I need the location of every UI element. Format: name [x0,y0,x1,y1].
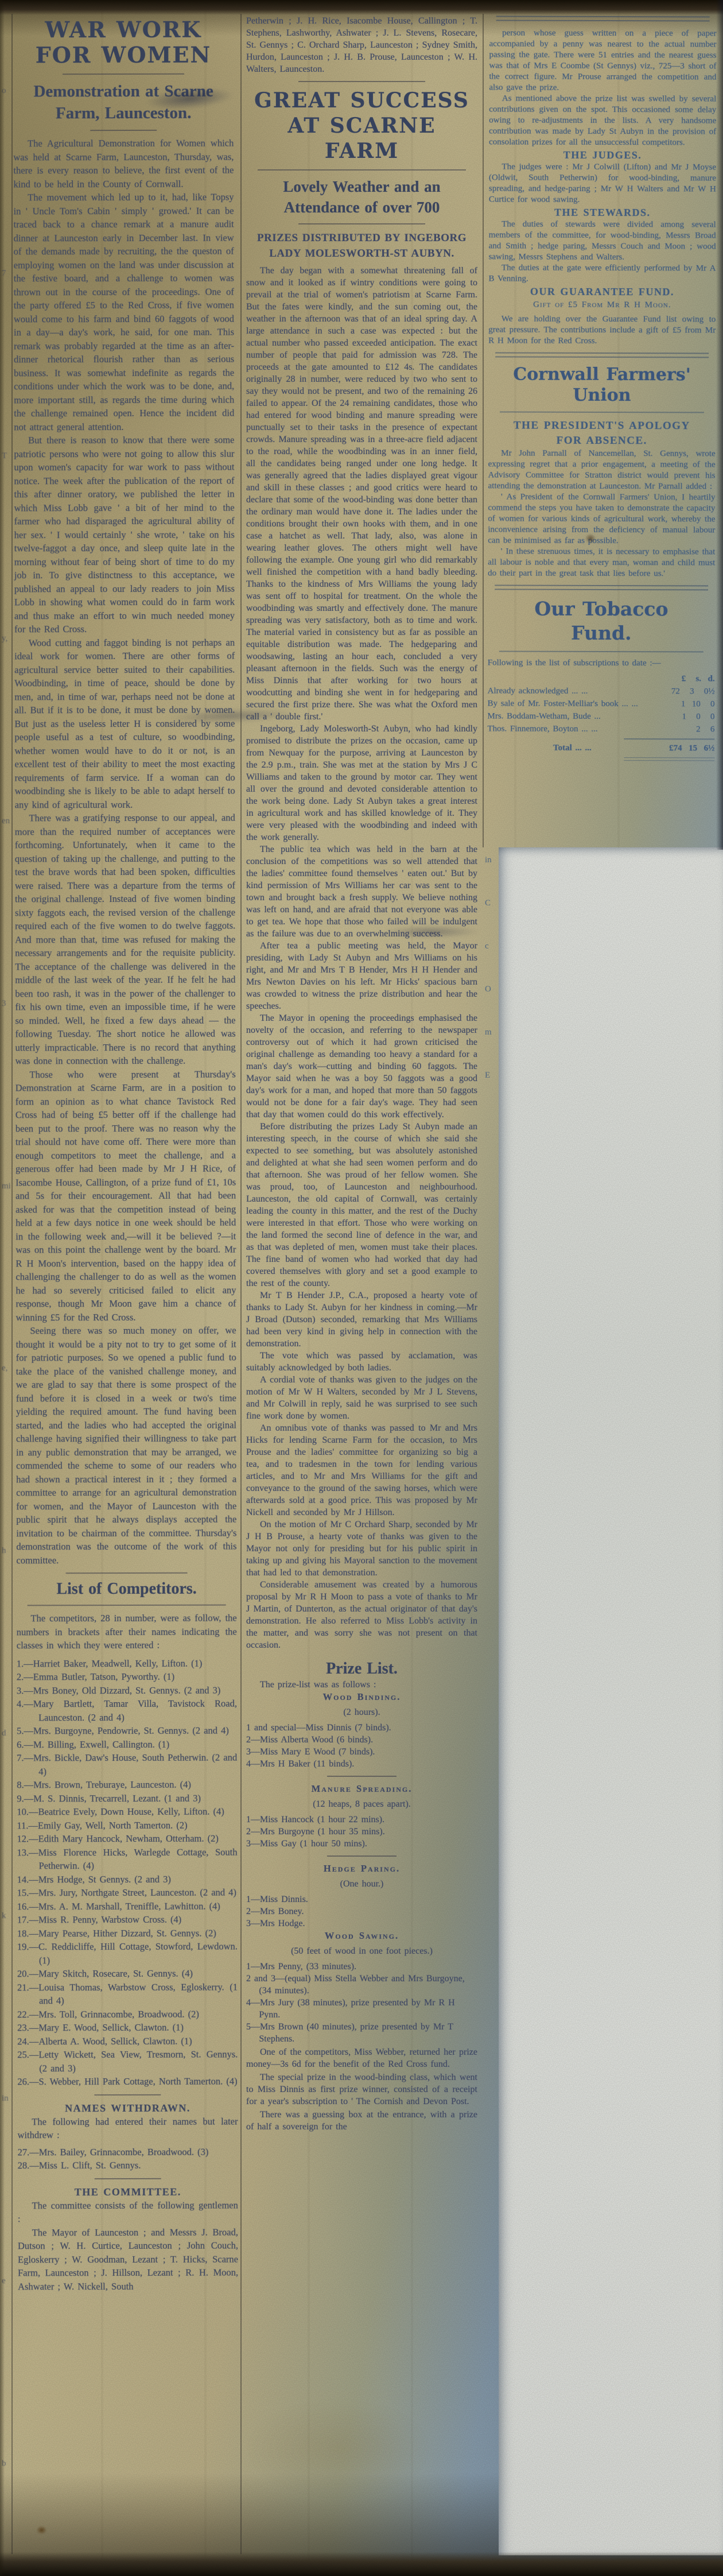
prize-list-heading: Prize List. [246,1659,477,1679]
rule-divider [95,2178,161,2179]
spacer [488,673,662,684]
subscription-amount: 1 10 0 [662,699,715,710]
subscriber-name: By sale of Mr. Foster-Melliar's book ...… [488,698,662,710]
guarantee-fund-subheading: Gift of £5 From Mr R H Moon. [488,299,716,311]
competitor-entry: 22.—Mrs. Toll, Grinnacombe, Broadwood. (… [17,2007,238,2021]
competitor-entry: 1.—Harriet Baker, Meadwell, Kelly, Lifto… [17,1656,237,1670]
paragraph: The Mayor in opening the proceedings emp… [246,1012,477,1121]
competitor-entry: 21.—Louisa Thomas, Warbstow Cross, Eglos… [17,1980,238,2008]
competitor-entry: 18.—Mary Pearse, Hither Dizzard, St. Gen… [17,1926,238,1940]
paragraph: ' In these strenuous times, it is necess… [488,546,715,579]
text-fragment: C [485,898,497,908]
subscription-amount: 2 6 [662,724,714,735]
tobacco-fund-headline: Our Tobacco Fund. [488,596,715,645]
competitor-entry: 16.—Mrs. A. M. Marshall, Treniffle, Lawh… [17,1899,238,1913]
paragraph: As mentioned above the prize list was sw… [489,93,716,148]
prize-results: 1—Miss Hancock (1 hour 22 mins).2—Mrs Bu… [246,1814,477,1850]
competitor-entry: 13.—Miss Florence Hicks, Warlegde Cottag… [17,1845,238,1873]
competitor-entry: 11.—Emily Gay, Well, North Tamerton. (2) [17,1818,237,1832]
union-subheadline: THE PRESIDENT'S APOLOGY FOR ABSENCE. [488,418,716,448]
competitor-entry: 25.—Letty Wickett, Sea View, Tresmorn, S… [17,2048,238,2075]
stewards-text: The duties of stewards were divided amon… [489,219,716,263]
prize-result: 1—Miss Dinnis. [246,1893,477,1905]
paragraph: But there is reason to know that there w… [14,433,235,636]
rule-divider [499,651,703,653]
paragraph: The day began with a somewhat threatenin… [246,265,477,723]
competitor-entry: 19.—C. Reddicliffe, Hill Cottage, Stowfo… [17,1940,238,1967]
rule-divider [500,412,704,413]
committee-members: The Mayor of Launceston ; and Messrs J. … [18,2225,238,2293]
rule-divider [66,1572,187,1574]
competitor-entry: 15.—Mrs. Jury, Northgate Street, Launces… [17,1886,238,1900]
rule-divider [327,1776,397,1777]
prize-result: 1—Mrs Penny, (33 minutes). [246,1961,477,1973]
column-rule [483,14,484,847]
blank-paper-area [499,847,723,2555]
prize-result: 2—Mrs Boney. [246,1905,477,1918]
subscription-table-header: £ s. d. [488,673,715,684]
competitor-entry: 9.—M. S. Dinnis, Trecarrell, Lezant. (1 … [17,1791,237,1805]
competitor-entry: 14.—Mrs Hodge, St Gennys. (2 and 3) [17,1872,238,1886]
prize-class-note: (One hour.) [246,1878,477,1890]
photo-edge-top [0,0,723,15]
competitor-entry: 6.—M. Billing, Exwell, Callington. (1) [17,1737,237,1751]
rule-divider [91,130,157,131]
committee-heading: THE COMMITTEE. [18,2184,238,2199]
prize-class-title: Manure Spreading. [246,1783,477,1795]
paragraph: person whose guess written on a piece of… [489,28,716,94]
withdrawn-entry: 27.—Mrs. Bailey, Grinnacombe, Broadwood.… [18,2145,238,2159]
paragraph: There was a guessing box at the entrance… [246,2109,477,2133]
paragraph: Mr John Parnall of Nancemellan, St. Genn… [488,448,716,492]
paragraph: ' As President of the Cornwall Farmers' … [488,491,715,547]
paragraph: An omnibus vote of thanks was passed to … [246,1422,477,1519]
prize-class-note: (2 hours). [246,1706,477,1718]
paragraph: Mr T B Hender J.P., C.A., proposed a hea… [246,1289,477,1350]
competitor-entry: 3.—Mrs Boney, Old Dizzard, St. Gennys. (… [17,1683,237,1697]
competitor-entry: 7.—Mrs. Bickle, Daw's House, South Pethe… [17,1751,237,1779]
committee-members-continued: Petherwin ; J. H. Rice, Isacombe House, … [246,15,477,75]
headline: GREAT SUCCESS AT SCARNE FARM [246,88,477,164]
withdrawn-heading: NAMES WITHDRAWN. [17,2101,238,2115]
withdrawn-intro: The following had entered their names bu… [18,2114,238,2142]
double-rule [495,585,708,591]
paragraph: Seeing there was so much money on offer,… [16,1324,237,1567]
gate-text: The duties at the gate were efficiently … [488,262,716,285]
competitor-entry: 5.—Mrs. Burgoyne, Pendowrie, St. Gennys.… [17,1724,237,1738]
tobacco-fund-intro: Following is the list of subscriptions t… [488,657,715,669]
rule-divider [258,169,466,171]
prize-result: 2 and 3—(equal) Miss Stella Webber and M… [246,1973,477,1997]
paragraph: Those who were present at Thursday's Dem… [15,1067,236,1324]
right-column: person whose guess written on a piece of… [487,14,716,761]
paper-stain [247,2400,430,2497]
photo-edge-bottom [0,2552,723,2576]
headline: WAR WORK FOR WOMEN [13,15,234,68]
closing-paragraphs: One of the competitors, Miss Webber, ret… [246,2046,477,2133]
text-fragment: O [485,985,497,994]
paragraph: The public tea which was held in the bar… [246,843,477,940]
column-rule [11,14,13,2554]
text-fragment: in [485,855,497,865]
subscriber-name: Thos. Finnemore, Boyton ... ... [487,723,662,735]
union-paragraphs: Mr John Parnall of Nancemellan, St. Genn… [488,448,716,579]
subscription-row: Already acknowledged ... ... 72 3 0½ [488,685,715,697]
photo-edge-right [716,0,723,850]
subscription-total-row: Total ... ... £74 15 6½ [487,742,714,754]
committee-intro: The committee consists of the following … [18,2198,238,2226]
competitor-entry: 8.—Mrs. Brown, Treburaye, Launceston. (4… [17,1778,237,1792]
rule-divider [63,73,184,75]
withdrawn-entry: 28.—Miss L. Clift, St. Gennys. [18,2159,238,2172]
competitor-entry: 17.—Miss R. Penny, Warbstow Cross. (4) [17,1913,238,1927]
double-rule [496,16,710,22]
paragraph: Wood cutting and faggot binding is not p… [14,636,235,811]
paper-stain [37,2526,46,2534]
judges-text: The judges were : Mr J Colwill (Lifton) … [489,161,716,206]
prize-result: 4—Mrs H Baker (11 binds). [246,1758,477,1770]
paragraph: On the motion of Mr C Orchard Sharp, sec… [246,1519,477,1579]
subscription-row: Mrs. Boddam-Wetham, Bude ... 1 0 0 [487,711,714,722]
withdrawn-list: 27.—Mrs. Bailey, Grinnacombe, Broadwood.… [18,2145,238,2172]
prize-result: 4—Mrs Jury (38 minutes), prize presented… [246,1997,477,2021]
right-edge-text-fragments: inCcOmE [485,855,497,2520]
union-headline: Cornwall Farmers' Union [488,364,716,406]
body-paragraphs: person whose guess written on a piece of… [489,28,717,148]
paragraph: Ingeborg, Lady Molesworth-St Aubyn, who … [246,723,477,843]
rule-divider [95,2094,161,2095]
byline: PRIZES DISTRIBUTED BY INGEBORG LADY MOLE… [246,230,477,261]
guarantee-fund-heading: OUR GUARANTEE FUND. [488,284,716,299]
paragraph: After tea a public meeting was held, the… [246,940,477,1012]
article-great-success-at-scarne-farm: Petherwin ; J. H. Rice, Isacombe House, … [246,15,477,2133]
paragraph: One of the competitors, Miss Webber, ret… [246,2046,477,2070]
text-fragment: E [485,1071,497,1080]
rule-divider [298,81,426,82]
prize-class-note: (50 feet of wood in one foot pieces.) [246,1945,477,1957]
prize-class-title: Wood Sawing. [246,1930,477,1942]
subscription-row: By sale of Mr. Foster-Melliar's book ...… [488,698,715,710]
competitors-intro: The competitors, 28 in number, were as f… [17,1612,237,1652]
double-rule [495,352,709,358]
paragraph: The special prize in the wood-binding cl… [246,2071,477,2108]
competitors-heading: List of Competitors. [17,1579,237,1599]
competitor-entry: 12.—Edith Mary Hancock, Newham, Otterham… [17,1832,237,1846]
subscriber-name: Mrs. Boddam-Wetham, Bude ... [487,711,662,722]
subscriber-name: Already acknowledged ... ... [488,685,662,697]
subscription-amount: 1 0 0 [662,711,714,722]
rule-divider [327,1856,397,1857]
prize-result: 5—Mrs Brown (40 minutes), prize presente… [246,2021,477,2045]
judges-heading: THE JUDGES. [489,148,716,162]
prize-result: 3—Mrs Hodge. [246,1918,477,1930]
paragraph: A cordial vote of thanks was given to th… [246,1374,477,1422]
prize-class-title: Wood Binding. [246,1691,477,1703]
column-rule [240,14,242,2554]
competitor-entry: 20.—Mary Skitch, Rosecare, St. Gennys. (… [17,1967,238,1981]
prize-result: 3—Miss Gay (1 hour 50 mins). [246,1838,477,1850]
prize-result: 1 and special—Miss Dinnis (7 binds). [246,1722,477,1734]
competitors-list: 1.—Harriet Baker, Meadwell, Kelly, Lifto… [17,1656,238,2089]
text-fragment: m [485,1028,497,1037]
prize-result: 2—Miss Alberta Wood (6 binds). [246,1734,477,1746]
competitor-entry: 10.—Beatrice Evely, Down House, Kelly, L… [17,1805,237,1819]
currency-columns-label: £ s. d. [662,673,715,684]
competitor-entry: 26.—S. Webber, Hill Park Cottage, North … [17,2075,238,2089]
subscription-amount: 72 3 0½ [662,686,715,697]
body-paragraphs: The day began with a somewhat threatenin… [246,265,477,1651]
total-amount: £74 15 6½ [662,743,714,754]
subheadline: Lovely Weather and an Attendance of over… [246,176,477,218]
prize-results: 1 and special—Miss Dinnis (7 binds).2—Mi… [246,1722,477,1770]
prize-result: 3—Miss Mary E Wood (7 binds). [246,1746,477,1758]
competitor-entry: 23.—Mary E. Wood, Sellick, Clawton. (1) [17,2021,238,2035]
rule-divider [298,223,426,224]
table-rule [624,738,714,739]
paragraph: The Agricultural Demonstration for Women… [13,137,234,191]
paragraph: The vote which was passed by acclamation… [246,1350,477,1374]
rule-divider [28,1605,226,1606]
competitor-entry: 24.—Alberta A. Wood, Sellick, Clawton. (… [17,2034,238,2048]
prize-result: 1—Miss Hancock (1 hour 22 mins). [246,1814,477,1826]
guarantee-fund-text: We are holding over the Guarantee Fund l… [488,313,716,347]
competitor-entry: 2.—Emma Butler, Tatson, Pyworthy. (1) [17,1670,237,1684]
stewards-heading: THE STEWARDS. [489,205,716,219]
paragraph: Before distributing the prizes Lady St A… [246,1121,477,1289]
paragraph: Considerable amusement was created by a … [246,1579,477,1651]
subscription-row: Thos. Finnemore, Boyton ... ... 2 6 [487,723,714,735]
prize-list-intro: The prize-list was as follows : [246,1679,477,1691]
subheadline: Demonstration at Scarne Farm, Launceston… [13,80,234,125]
body-paragraphs: The Agricultural Demonstration for Women… [13,137,236,1567]
prize-results: 1—Miss Dinnis.2—Mrs Boney.3—Mrs Hodge. [246,1893,477,1930]
prize-class-title: Hedge Paring. [246,1862,477,1874]
table-double-rule [624,757,714,761]
text-fragment: c [485,942,497,951]
photo-edge-left [0,0,5,2576]
prize-result: 2—Mrs Burgoyne (1 hour 35 mins). [246,1826,477,1838]
paragraph: There was a gratifying response to our a… [15,811,236,1068]
paragraph: The movement which led up to it, had, li… [13,191,234,434]
article-war-work-for-women: WAR WORK FOR WOMEN Demonstration at Scar… [13,15,238,2294]
prize-class-note: (12 heaps, 8 paces apart). [246,1798,477,1810]
prize-results: 1—Mrs Penny, (33 minutes).2 and 3—(equal… [246,1961,477,2045]
subscription-table: Already acknowledged ... ... 72 3 0½ By … [487,685,714,735]
total-label: Total ... ... [487,742,662,754]
competitor-entry: 4.—Mary Bartlett, Tamar Villa, Tavistock… [17,1697,237,1725]
newspaper-scan-page: o7Ty,en3mie,hdkineb WAR WORK FOR WOMEN D… [0,0,723,2576]
